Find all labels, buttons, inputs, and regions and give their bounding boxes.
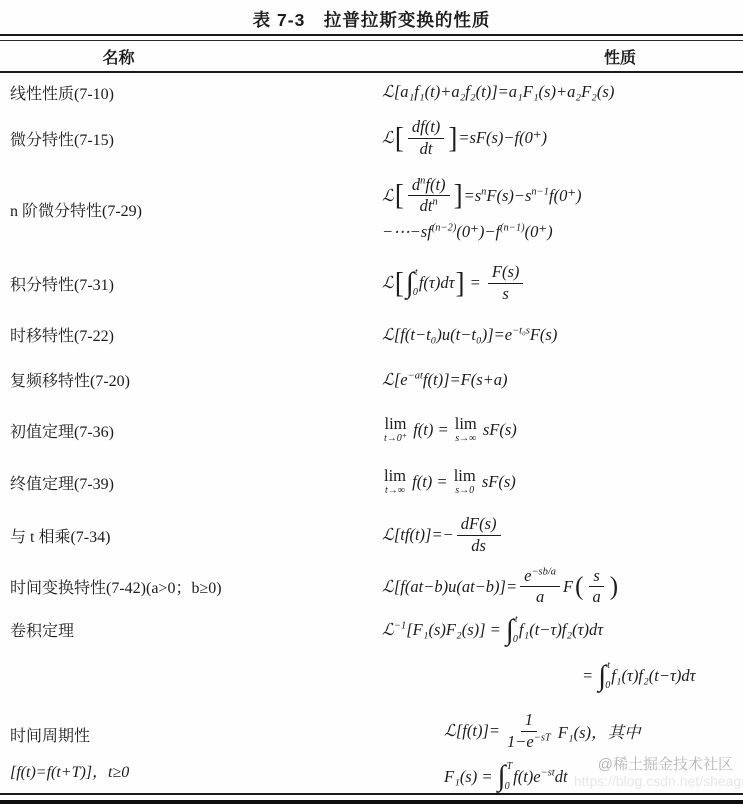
big-bracket-right: ] [454,181,463,210]
fraction: df(t) dt [408,118,444,158]
property-label: 与 t 相乘(7-34) [0,524,382,547]
table-header-row: 名称 性质 [0,41,743,71]
big-bracket-left: [ [395,181,404,210]
fraction: 1 1−e−sT [503,711,555,751]
formula-periodicity-line2: F₁(s) = ∫ T 0 f(t)e−stdt [444,761,568,793]
formula-periodicity-line1: ℒ[f(t)]= 1 1−e−sT F₁(s)，其中 [444,711,641,751]
formula-multiply-by-t: ℒ[tf(t)]=− dF(s) ds [382,515,504,555]
formula-nth-differentiation-line1: ℒ [ dnf(t) dtn ] =snF(s)−sn−1f(0⁺) [382,176,582,216]
property-label: 时间变换特性(7-42)(a>0；b≥0) [0,575,382,598]
fraction: F(s) s [488,263,524,303]
big-paren-right: ) [610,573,618,599]
row-integration: 积分特性(7-31) ℒ [ ∫ t 0 f(τ)dτ ] = F(s) s [0,253,743,313]
formula-linearity: ℒ[a₁f₁(t)+a₂f₂(t)]=a₁F₁(s)+a₂F₂(s) [382,82,614,102]
integral-limits: t 0 [515,614,518,646]
formula-frequency-shift: ℒ[e−atf(t)]=F(s+a) [382,370,508,390]
limit-operator: lim s→∞ [455,416,477,445]
integral: ∫ t 0 [406,267,418,299]
row-convolution: 卷积定理 ℒ−1[F₁(s)F₂(s)] = ∫ t 0 f₁(t−τ)f₂(τ… [0,610,743,704]
row-linearity: 线性性质(7-10) ℒ[a₁f₁(t)+a₂f₂(t)]=a₁F₁(s)+a₂… [0,73,743,111]
fraction: s a [588,567,604,607]
limit-operator: lim s→0 [454,468,476,497]
row-time-shift: 时移特性(7-22) ℒ[f(t−t₀)u(t−t₀)]=e−t₀sF(s) [0,313,743,356]
big-bracket-right: ] [448,123,457,152]
big-paren-left: ( [575,573,583,599]
big-bracket-left: [ [395,268,404,297]
property-label: 时间周期性 [f(t)=f(t+T)]，t≥0 [0,723,382,782]
formula-convolution-line1: ℒ−1[F₁(s)F₂(s)] = ∫ t 0 f₁(t−τ)f₂(τ)dτ [382,614,603,646]
formula-integration: ℒ [ ∫ t 0 f(τ)dτ ] = F(s) s [382,263,526,303]
integral: ∫ t 0 [598,660,610,692]
header-property: 性质 [382,45,743,68]
watermark: @稀土掘金技术社区 [598,753,733,774]
fraction: e−sb/a a [520,567,560,607]
property-label: 卷积定理 [0,610,382,641]
row-multiply-by-t: 与 t 相乘(7-34) ℒ[tf(t)]=− dF(s) ds [0,507,743,563]
integral: ∫ t 0 [506,614,518,646]
row-nth-differentiation: n 阶微分特性(7-29) ℒ [ dnf(t) dtn ] =snF(s)−s… [0,165,743,253]
property-label: 初值定理(7-36) [0,419,382,442]
formula-final-value: lim t→∞ f(t) = lim s→0 sF(s) [382,468,516,497]
fraction: dnf(t) dtn [408,176,450,216]
property-label: 时移特性(7-22) [0,323,382,346]
header-name: 名称 [0,45,382,68]
big-bracket-right: ] [455,268,464,297]
row-frequency-shift: 复频移特性(7-20) ℒ[e−atf(t)]=F(s+a) [0,356,743,403]
row-final-value: 终值定理(7-39) lim t→∞ f(t) = lim s→0 sF(s) [0,457,743,507]
limit-operator: lim t→∞ [384,468,406,497]
integral: ∫ T 0 [498,761,513,793]
formula-differentiation: ℒ [ df(t) dt ] =sF(s)−f(0⁺) [382,118,547,158]
property-label: n 阶微分特性(7-29) [0,198,382,221]
formula-time-shift: ℒ[f(t−t₀)u(t−t₀)]=e−t₀sF(s) [382,325,557,345]
big-bracket-left: [ [395,123,404,152]
integral-limits: T 0 [507,761,513,793]
property-label: 微分特性(7-15) [0,127,382,150]
property-label: 线性性质(7-10) [0,81,382,104]
document-page: 表 7-3 拉普拉斯变换的性质 名称 性质 线性性质(7-10) ℒ[a₁f₁(… [0,0,743,806]
bottom-rule [0,793,743,804]
row-time-scaling: 时间变换特性(7-42)(a>0；b≥0) ℒ[f(at−b)u(at−b)]=… [0,563,743,610]
formula-convolution-line2: = ∫ t 0 f₁(τ)f₂(t−τ)dτ [582,660,696,692]
formula-initial-value: lim t→0⁺ f(t) = lim s→∞ sF(s) [382,416,517,445]
row-differentiation: 微分特性(7-15) ℒ [ df(t) dt ] =sF(s)−f(0⁺) [0,111,743,165]
watermark-url: https://blog.csdn.net/sheagu [574,773,743,789]
integral-limits: t 0 [607,660,610,692]
fraction: dF(s) ds [457,515,501,555]
row-initial-value: 初值定理(7-36) lim t→0⁺ f(t) = lim s→∞ sF(s) [0,403,743,457]
property-label: 积分特性(7-31) [0,272,382,295]
formula-nth-differentiation-line2: −⋯−sf(n−2)(0⁺)−f(n−1)(0⁺) [382,222,553,242]
property-label: 复频移特性(7-20) [0,368,382,391]
integral-limits: t 0 [415,267,418,299]
table-title: 表 7-3 拉普拉斯变换的性质 [0,0,743,32]
property-label: 终值定理(7-39) [0,471,382,494]
limit-operator: lim t→0⁺ [384,416,407,445]
top-rule [0,34,743,41]
formula-time-scaling: ℒ[f(at−b)u(at−b)]= e−sb/a a F ( s a ) [382,567,620,607]
